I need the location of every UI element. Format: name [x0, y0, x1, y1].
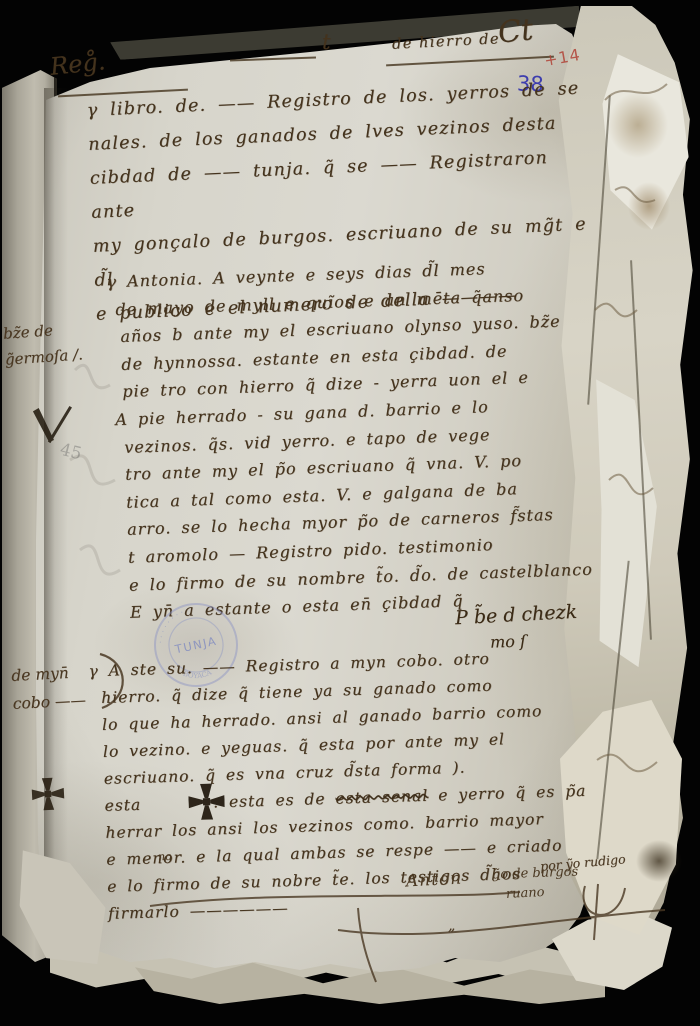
cross-line-pre: esta: [104, 796, 141, 815]
margin-note-line: cobo ——: [12, 686, 87, 718]
corner-abbreviation: Reg̊.: [49, 47, 107, 81]
top-center-tick: t: [322, 30, 330, 54]
entry-1-paragraph: γ Antonia. A veynte e seys dias d̃l mes …: [118, 251, 616, 626]
inline-brand-cross-icon: [188, 783, 225, 820]
margin-note-line: g̃ermoſa /.: [4, 341, 84, 372]
cross-line-mid: . esta es de: [213, 790, 336, 812]
margin-note-hermosa: bz̃e de g̃ermoſa /.: [2, 315, 83, 372]
struck-text: esta senal: [335, 787, 428, 808]
margin-note-line: de myn̄: [11, 658, 86, 690]
margin-note-cobo: de myn̄ cobo ——: [11, 658, 87, 718]
superscript-correction: no: [158, 850, 172, 863]
manuscript-photo: Reg̊. t de hierro de Ct +14 38 γ libro. …: [0, 0, 700, 1026]
signature-flourishes: [120, 878, 680, 998]
cross-line-tail: e yerro q̃ es p̃a: [428, 782, 587, 805]
running-flourish: Ct: [496, 12, 534, 50]
margin-cross-icon: [31, 777, 65, 811]
